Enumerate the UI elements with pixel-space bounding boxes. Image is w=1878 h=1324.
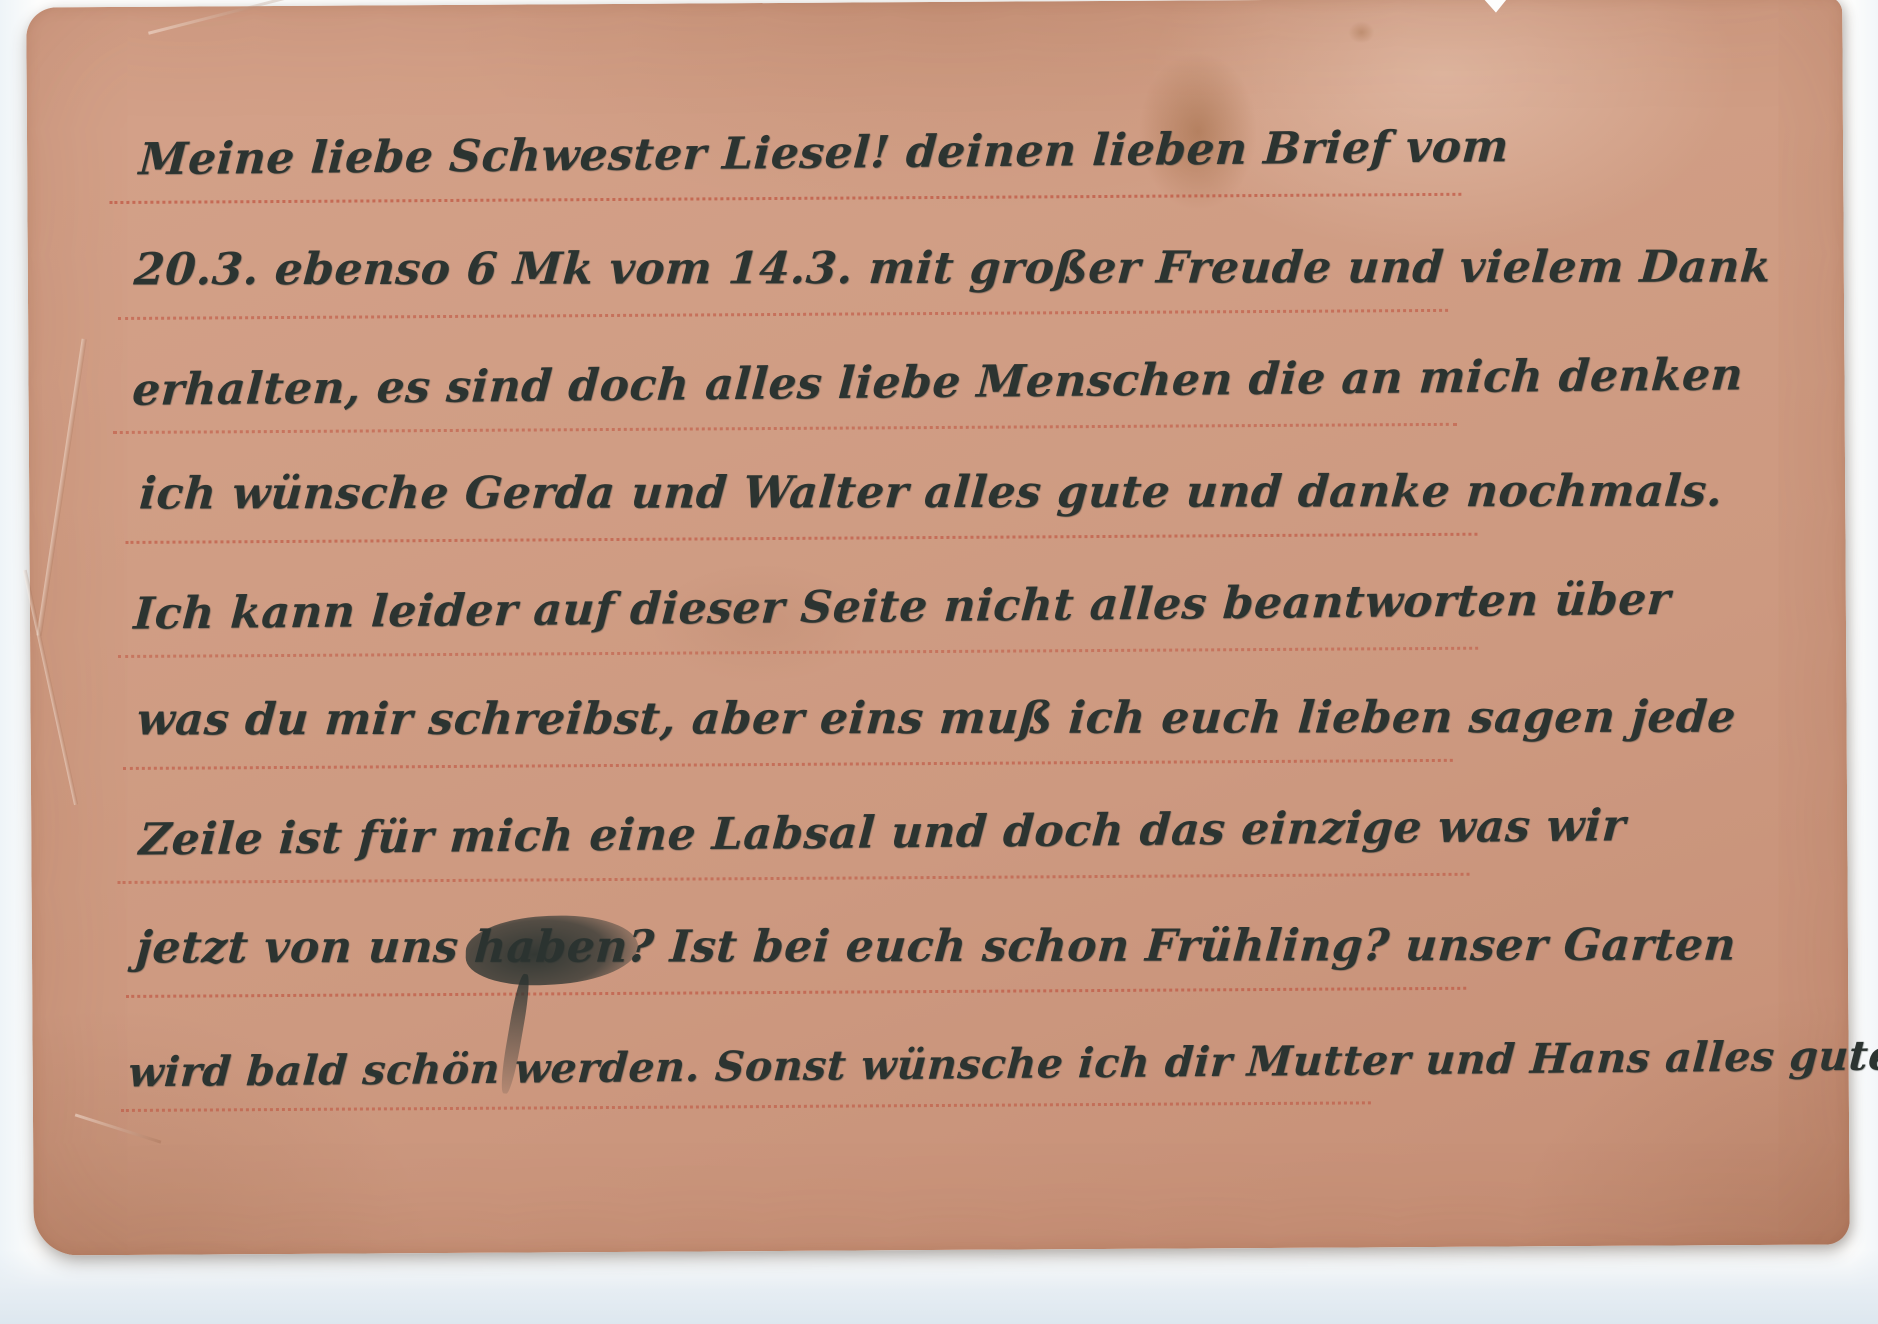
paper-crease — [23, 570, 78, 805]
handwriting-line: wird bald schön werden. Sonst wünsche ic… — [126, 1018, 1878, 1106]
handwriting-line: 20.3. ebenso 6 Mk vom 14.3. mit großer F… — [132, 234, 1773, 303]
ruled-line — [126, 987, 1466, 998]
crossed-out-word: haben — [472, 915, 630, 981]
scanner-bed-edge — [0, 1250, 1878, 1324]
paper-crease — [75, 1113, 162, 1143]
ruled-line — [118, 309, 1448, 320]
handwriting-segment: wird bald schön werden. Sonst wünsche ic… — [127, 1031, 1878, 1096]
paper-stain — [1348, 21, 1374, 43]
ruled-line — [123, 759, 1453, 770]
ruled-line — [109, 193, 1461, 204]
handwriting-line: jetzt von uns haben? Ist bei euch schon … — [134, 913, 1738, 982]
handwriting-line: erhalten, es sind doch alles liebe Mensc… — [130, 342, 1745, 423]
handwriting-line: ich wünsche Gerda und Walter alles gute … — [137, 459, 1725, 528]
handwriting-segment: jetzt von uns — [135, 922, 477, 974]
paper-tear — [1478, 0, 1512, 13]
handwriting-segment: ? Ist bei euch schon Frühling? unser Gar… — [626, 920, 1738, 973]
ruled-line — [118, 647, 1478, 658]
ruled-line — [113, 423, 1457, 434]
handwriting-line: Zeile ist für mich eine Labsal und doch … — [137, 793, 1627, 873]
ruled-line — [125, 533, 1477, 544]
scan-background: Meine liebe Schwester Liesel! deinen lie… — [0, 0, 1878, 1324]
handwriting-line: Meine liebe Schwester Liesel! deinen lie… — [137, 114, 1511, 193]
paper-crease — [148, 0, 284, 35]
paper-crease — [37, 339, 87, 636]
handwriting-line: Ich kann leider auf dieser Seite nicht a… — [132, 567, 1673, 648]
postcard: Meine liebe Schwester Liesel! deinen lie… — [26, 0, 1850, 1256]
ruled-line — [118, 873, 1470, 884]
handwriting-line: was du mir schreibst, aber eins muß ich … — [135, 685, 1739, 754]
